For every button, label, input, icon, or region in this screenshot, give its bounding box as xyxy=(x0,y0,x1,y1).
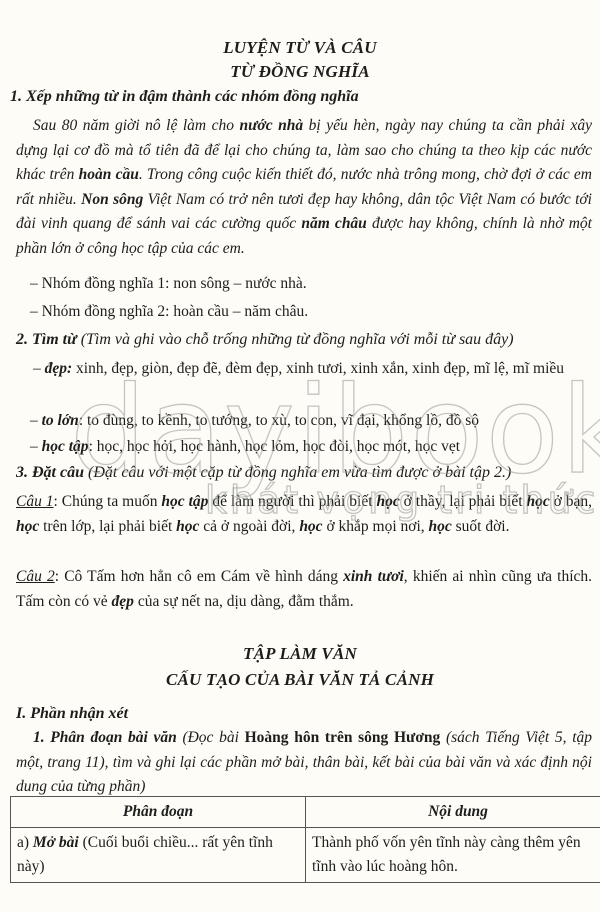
section-title: LUYỆN TỪ VÀ CÂU xyxy=(0,38,600,58)
passage-text: Sau 80 năm giời nô lệ làm cho nước nhà b… xyxy=(16,117,592,257)
emphasized-word: học xyxy=(429,518,452,535)
section-title-2: TẬP LÀM VĂN xyxy=(0,644,600,664)
emphasized-word: xinh tươi xyxy=(343,568,404,585)
table-row: a) Mở bài (Cuối buổi chiều... rất yên tĩ… xyxy=(11,828,600,883)
part-heading: I. Phần nhận xét xyxy=(16,705,128,723)
exercise-3-heading: 3. Đặt câu (Đặt câu với một cặp từ đồng … xyxy=(16,464,511,482)
emphasized-word: học xyxy=(16,518,39,535)
column-header: Nội dung xyxy=(306,797,600,828)
table-cell-content: Thành phố vốn yên tĩnh này càng thêm yên… xyxy=(306,828,600,883)
synonym-group-2: – Nhóm đồng nghĩa 2: hoàn cầu – năm châu… xyxy=(30,303,308,321)
exercise-2-heading: 2. Tìm từ (Tìm và ghi vào chỗ trống nhữn… xyxy=(16,331,514,349)
keyword: to lớn xyxy=(42,412,79,429)
exercise-2-note: (Tìm và ghi vào chỗ trống những từ đồng … xyxy=(77,331,514,348)
emphasized-word: hoàn cầu xyxy=(79,166,139,183)
emphasized-word: học xyxy=(526,493,549,510)
sentence-1-label: Câu 1 xyxy=(16,493,54,510)
emphasized-word: học xyxy=(176,518,199,535)
synonym-group-1: – Nhóm đồng nghĩa 1: non sông – nước nhà… xyxy=(30,275,307,293)
exercise-1b-label: 1. Phân đoạn bài văn xyxy=(33,729,177,746)
synonym-item-to-lon: – to lớn: to đùng, to kềnh, to tướng, to… xyxy=(30,412,479,430)
sentence-1-text: : Chúng ta muốn học tập để làm người thì… xyxy=(16,493,592,535)
exercise-2-label: 2. Tìm từ xyxy=(16,331,77,348)
textbook-page: LUYỆN TỪ VÀ CÂU TỪ ĐỒNG NGHĨA 1. Xếp nhữ… xyxy=(0,0,600,912)
keyword: học tập xyxy=(42,438,89,455)
emphasized-word: đẹp xyxy=(112,593,134,610)
lesson-title-2: CẤU TẠO CỦA BÀI VĂN TẢ CẢNH xyxy=(0,670,600,690)
sentence-2-text: : Cô Tấm hơn hẳn cô em Cám về hình dáng … xyxy=(16,568,592,610)
table-cell-part: a) Mở bài (Cuối buổi chiều... rất yên tĩ… xyxy=(11,828,306,883)
emphasized-word: học xyxy=(299,518,322,535)
analysis-table: Phân đoạn Nội dung a) Mở bài (Cuối buổi … xyxy=(10,796,600,883)
lesson-title: TỪ ĐỒNG NGHĨA xyxy=(0,62,600,82)
sentence-2-label: Câu 2 xyxy=(16,568,55,585)
exercise-1-passage: Sau 80 năm giời nô lệ làm cho nước nhà b… xyxy=(16,114,592,261)
exercise-3-label: 3. Đặt câu xyxy=(16,464,84,481)
emphasized-word: học xyxy=(376,493,399,510)
synonym-item-hoc-tap: – học tập: học, học hỏi, học hành, học l… xyxy=(30,438,460,456)
emphasized-word: học tập xyxy=(161,493,208,510)
exercise-1-heading: 1. Xếp những từ in đậm thành các nhóm đồ… xyxy=(10,88,359,106)
sentence-1: Câu 1: Chúng ta muốn học tập để làm ngườ… xyxy=(16,490,592,539)
synonym-item-dep: – đẹp: xinh, đẹp, giòn, đẹp đẽ, đèm đẹp,… xyxy=(16,357,592,382)
emphasized-word: nước nhà xyxy=(240,117,304,134)
exercise-1b: 1. Phân đoạn bài văn (Đọc bài Hoàng hôn … xyxy=(16,726,592,800)
column-header: Phân đoạn xyxy=(11,797,306,828)
reading-title: Hoàng hôn trên sông Hương xyxy=(245,729,441,746)
keyword: đẹp: xyxy=(45,360,73,377)
emphasized-word: Non sông xyxy=(81,191,143,208)
table-header-row: Phân đoạn Nội dung xyxy=(11,797,600,828)
emphasized-word: năm châu xyxy=(301,215,366,232)
exercise-3-note: (Đặt câu với một cặp từ đồng nghĩa em vừ… xyxy=(84,464,511,481)
sentence-2: Câu 2: Cô Tấm hơn hẳn cô em Cám về hình … xyxy=(16,565,592,614)
